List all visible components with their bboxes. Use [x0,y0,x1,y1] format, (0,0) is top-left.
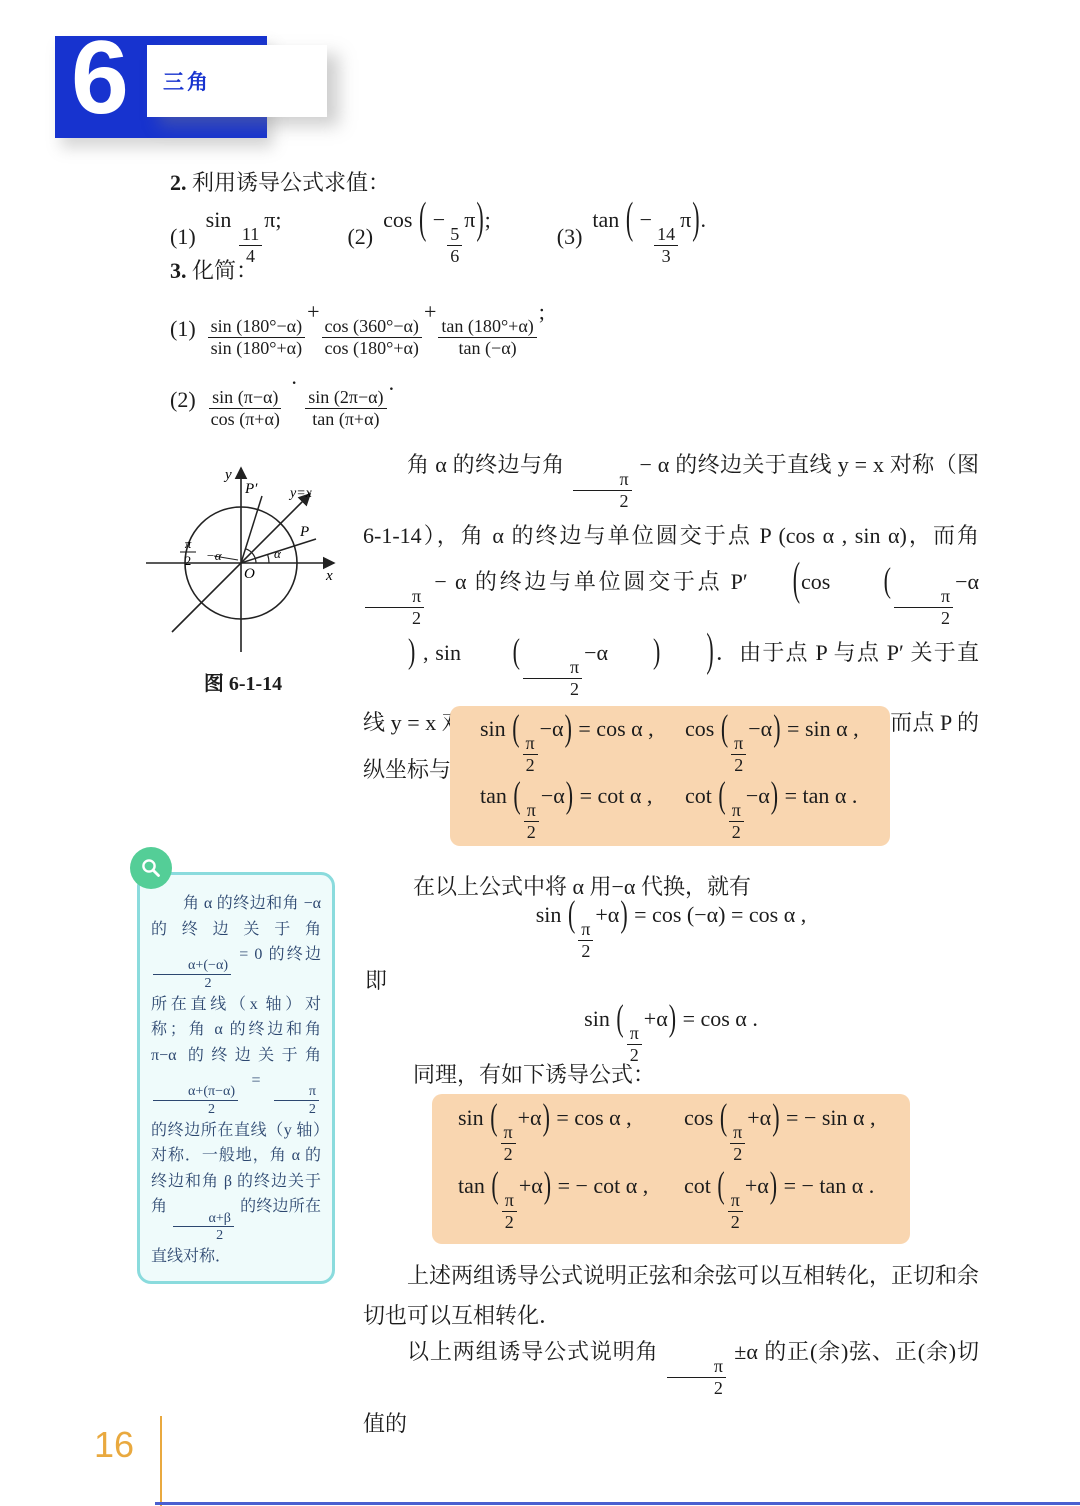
exercise-3-item-1: (1) sin (180°−α)sin (180°+α)+cos (360°−α… [170,299,850,360]
mid-line-2: 同理，有如下诱导公式： [413,1054,655,1096]
formula-box-1: sin (π2−α) = cos α , cos (π2−α) = sin α … [450,706,890,846]
arc-alpha [268,554,269,563]
chapter-title-card: 三角 [147,45,327,117]
magnifier-icon [130,847,172,889]
bottom-rule [155,1502,1080,1505]
figure-label-p-prime: P′ [244,481,258,497]
exercise-2: 2. 利用诱导公式求值： (1) sin 114π; (2) cos ( −56… [170,166,850,268]
page-number-divider [160,1416,162,1506]
exercise-2-number: 2. [170,170,187,195]
page-number: 16 [94,1424,134,1466]
formula-2-3: tan (π2+α) = − cot α , [458,1173,648,1234]
figure-label-alpha: α [274,546,282,561]
figure-label-origin: O [244,566,255,582]
figure-label-pi: π [185,536,192,551]
formula-2-4: cot (π2+α) = − tan α . [684,1173,874,1234]
figure-label-y: y [223,467,232,483]
unit-circle-figure: π 2 −α y x O y=x P P′ α 图 6-1-14 [138,456,348,696]
unit-circle-svg: π 2 −α y x O y=x P P′ α [138,456,348,656]
formula-1-3: tan (π2−α) = cot α , [480,783,652,844]
figure-caption: 图 6-1-14 [138,667,348,696]
exercise-3: 3. 化简： (1) sin (180°−α)sin (180°+α)+cos … [170,254,850,430]
formula-1-2: cos (π2−α) = sin α , [685,716,859,777]
figure-label-2: 2 [185,553,192,568]
formula-1-1: sin (π2−α) = cos α , [480,716,654,777]
figure-label-line: y=x [288,486,313,501]
exercise-2-title: 2. 利用诱导公式求值： [170,166,850,197]
note-text: 角 α 的终边和角 −α 的终边关于角 α+(−α)2 = 0 的终边所在直线（… [151,891,321,1269]
chapter-title: 三角 [163,66,211,96]
exercise-3-title: 3. 化简： [170,254,850,285]
closing-paragraph-2: 以上两组诱导公式说明角 π2 ±α 的正(余)弦、正(余)切值的 [363,1328,979,1448]
chapter-number: 6 [71,16,129,141]
formula-1-4: cot (π2−α) = tan α . [685,783,857,844]
figure-label-x: x [325,568,333,584]
exercise-3-item-2: (2) sin (π−α)cos (π+α) · sin (2π−α)tan (… [170,370,850,431]
closing-paragraph-1: 上述两组诱导公式说明正弦和余弦可以互相转化，正切和余切也可以互相转化． [363,1256,979,1336]
mid-equation-1: sin (π2+α) = cos (−α) = cos α , [363,902,979,963]
exercise-3-math-1: sin (180°−α)sin (180°+α)+cos (360°−α)cos… [206,299,545,360]
figure-label-minus-alpha: −α [206,548,223,563]
mid-ji: 即 [365,960,387,1002]
exercise-3-number: 3. [170,258,187,283]
formula-2-2: cos (π2+α) = − sin α , [684,1105,876,1166]
exercise-3-math-2: sin (π−α)cos (π+α) · sin (2π−α)tan (π+α)… [206,370,394,431]
figure-label-p: P [299,524,309,540]
note-box: 角 α 的终边和角 −α 的终边关于角 α+(−α)2 = 0 的终边所在直线（… [137,872,335,1284]
formula-box-2: sin (π2+α) = cos α , cos (π2+α) = − sin … [432,1094,910,1244]
formula-2-1: sin (π2+α) = cos α , [458,1105,632,1166]
